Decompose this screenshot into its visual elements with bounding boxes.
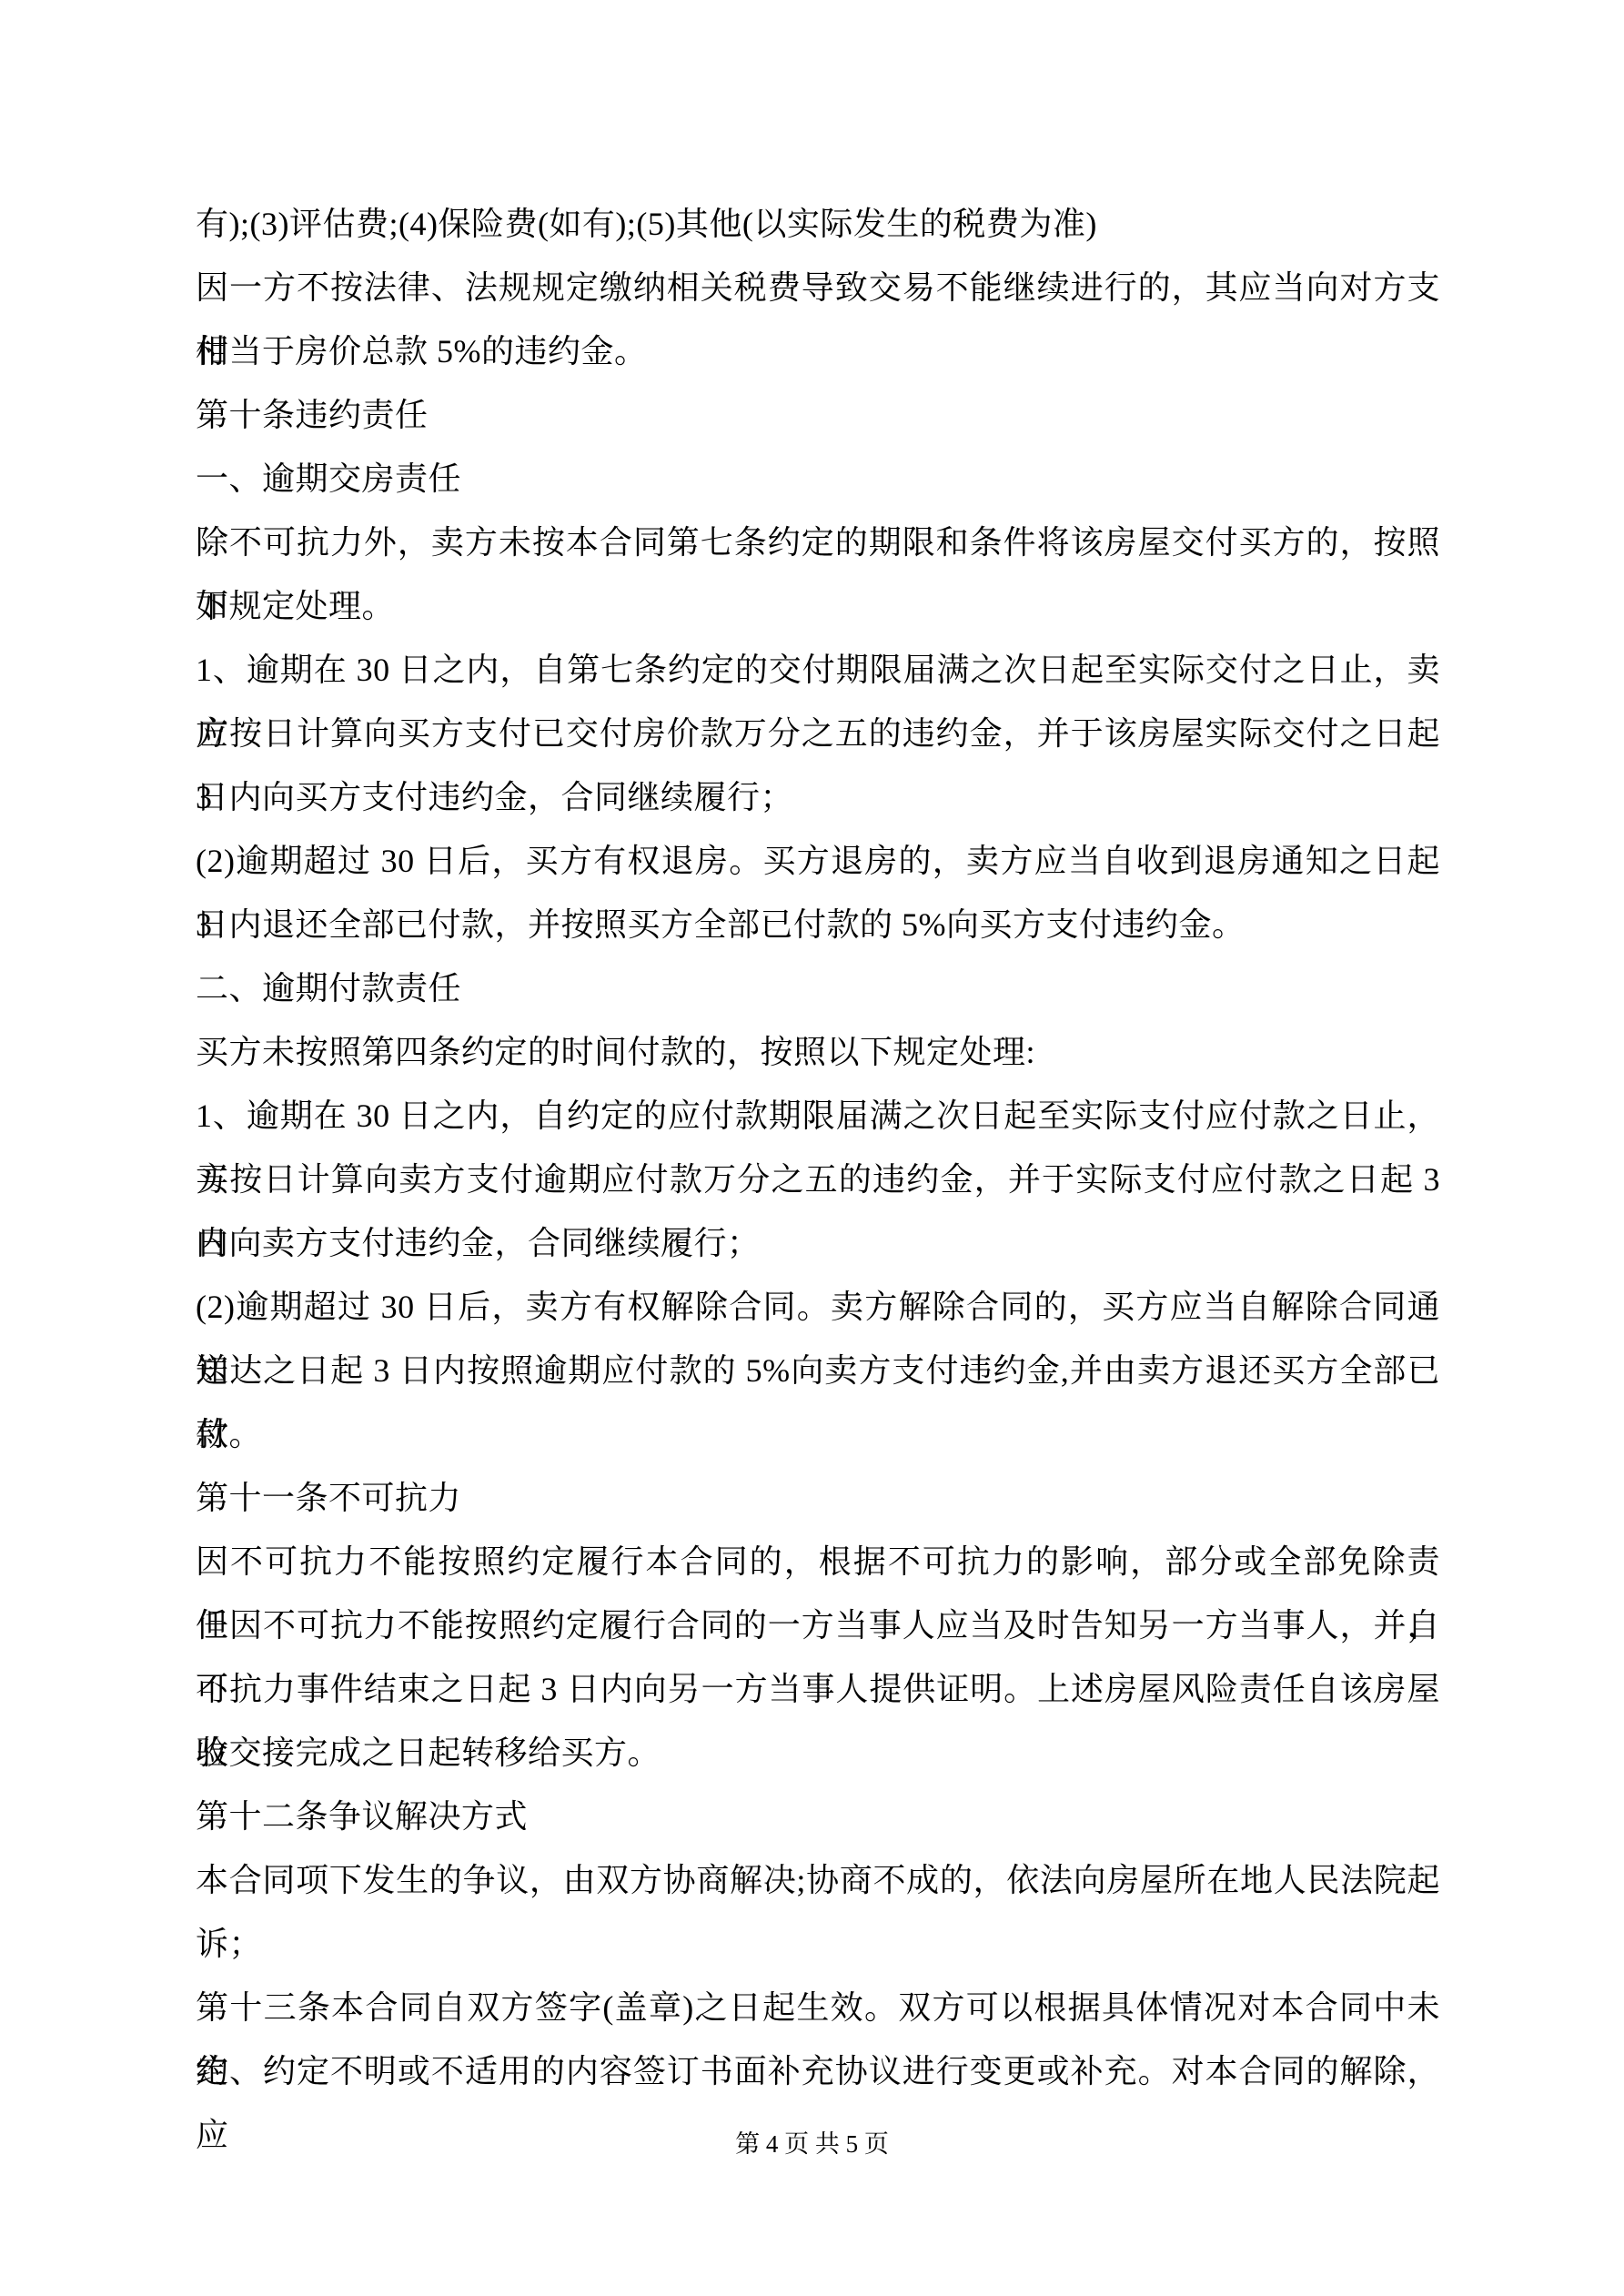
document-line: 因不可抗力不能按照约定履行本合同的，根据不可抗力的影响，部分或全部免除责任，	[196, 1530, 1440, 1593]
contract-text-block: 有);(3)评估费;(4)保险费(如有);(5)其他(以实际发生的税费为准)因一…	[196, 192, 1440, 2103]
document-line: 有);(3)评估费;(4)保险费(如有);(5)其他(以实际发生的税费为准)	[196, 192, 1440, 256]
document-line: (2)逾期超过 30 日后，买方有权退房。买方退房的，卖方应当自收到退房通知之日…	[196, 829, 1440, 893]
document-line: 应按日计算向买方支付已交付房价款万分之五的违约金，并于该房屋实际交付之日起 3	[196, 702, 1440, 765]
page-number-text: 第 4 页 共 5 页	[735, 2130, 889, 2158]
document-line: 但因不可抗力不能按照约定履行合同的一方当事人应当及时告知另一方当事人，并自不	[196, 1593, 1440, 1657]
document-line: 送达之日起 3 日内按照逾期应付款的 5%向卖方支付违约金,并由卖方退还买方全部…	[196, 1339, 1440, 1402]
document-line: 因一方不按法律、法规规定缴纳相关税费导致交易不能继续进行的，其应当向对方支付	[196, 256, 1440, 319]
document-line: 定、约定不明或不适用的内容签订书面补充协议进行变更或补充。对本合同的解除，应	[196, 2039, 1440, 2103]
document-line: 收交接完成之日起转移给买方。	[196, 1721, 1440, 1785]
document-line: 可抗力事件结束之日起 3 日内向另一方当事人提供证明。上述房屋风险责任自该房屋验	[196, 1657, 1440, 1721]
document-line: 相当于房价总款 5%的违约金。	[196, 319, 1440, 383]
document-line: 日内退还全部已付款，并按照买方全部已付款的 5%向买方支付违约金。	[196, 893, 1440, 956]
document-line: 方按日计算向卖方支付逾期应付款万分之五的违约金，并于实际支付应付款之日起 3 日	[196, 1148, 1440, 1211]
document-line: 诉；	[196, 1912, 1440, 1976]
document-line: 除不可抗力外，卖方未按本合同第七条约定的期限和条件将该房屋交付买方的，按照如	[196, 511, 1440, 574]
document-line: 1、逾期在 30 日之内，自约定的应付款期限届满之次日起至实际支付应付款之日止，…	[196, 1084, 1440, 1148]
document-line: 第十一条不可抗力	[196, 1466, 1440, 1530]
document-line: 第十三条本合同自双方签字(盖章)之日起生效。双方可以根据具体情况对本合同中未约	[196, 1976, 1440, 2039]
document-line: 第十条违约责任	[196, 383, 1440, 447]
document-page: 有);(3)评估费;(4)保险费(如有);(5)其他(以实际发生的税费为准)因一…	[0, 0, 1624, 2296]
page-footer: 第 4 页 共 5 页	[0, 2126, 1624, 2162]
document-line: 买方未按照第四条约定的时间付款的，按照以下规定处理:	[196, 1020, 1440, 1084]
document-line: 1、逾期在 30 日之内，自第七条约定的交付期限届满之次日起至实际交付之日止，卖…	[196, 638, 1440, 702]
document-line: 二、逾期付款责任	[196, 956, 1440, 1020]
document-line: 款。	[196, 1402, 1440, 1466]
document-line: 一、逾期交房责任	[196, 447, 1440, 511]
document-line: 下规定处理。	[196, 574, 1440, 638]
document-line: 第十二条争议解决方式	[196, 1785, 1440, 1848]
document-line: 本合同项下发生的争议，由双方协商解决;协商不成的，依法向房屋所在地人民法院起	[196, 1848, 1440, 1912]
document-line: (2)逾期超过 30 日后，卖方有权解除合同。卖方解除合同的，买方应当自解除合同…	[196, 1275, 1440, 1339]
document-line: 日内向买方支付违约金，合同继续履行；	[196, 765, 1440, 829]
document-line: 内向卖方支付违约金，合同继续履行；	[196, 1211, 1440, 1275]
